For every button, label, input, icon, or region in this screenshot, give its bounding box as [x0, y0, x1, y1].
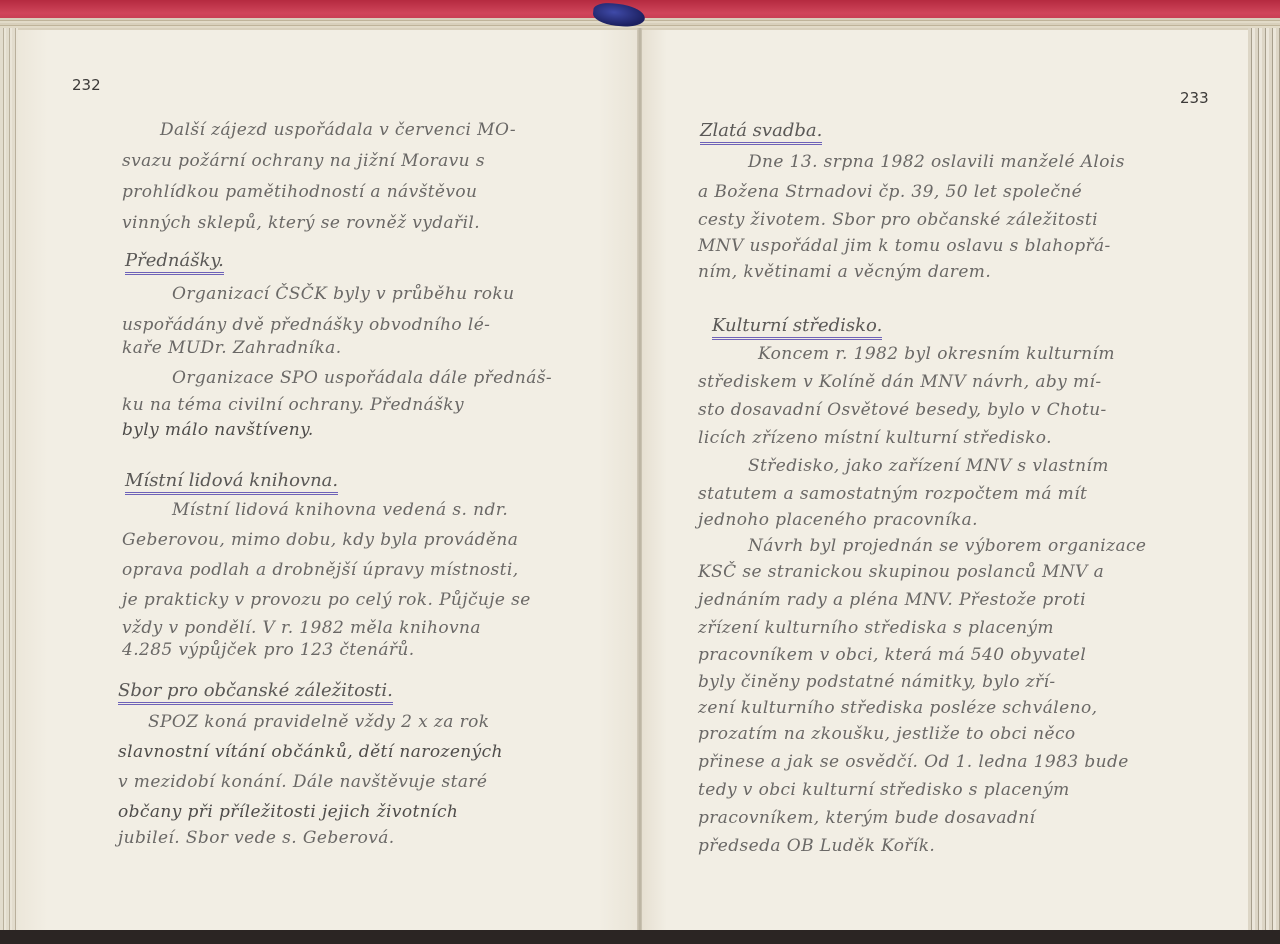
text-line: Organizací ČSČK byly v průběhu roku — [172, 284, 514, 304]
text-line: v mezidobí konání. Dále navštěvuje staré — [118, 772, 487, 792]
section-heading-prednasky: Přednášky. — [125, 250, 224, 275]
text-line: Organizace SPO uspořádala dále přednáš- — [172, 368, 552, 388]
text-line: prozatím na zkoušku, jestliže to obci ně… — [698, 724, 1076, 744]
text-line: byly činěny podstatné námitky, bylo zří- — [698, 672, 1056, 692]
text-line: SPOZ koná pravidelně vždy 2 x za rok — [148, 712, 489, 732]
text-line: ním, květinami a věcným darem. — [698, 262, 991, 282]
page-edges-left — [0, 28, 18, 930]
text-line: pracovníkem, kterým bude dosavadní — [698, 808, 1035, 828]
text-line: jednoho placeného pracovníka. — [698, 510, 978, 530]
text-line: sto dosavadní Osvětové besedy, bylo v Ch… — [698, 400, 1107, 420]
text-line: jubileí. Sbor vede s. Geberová. — [118, 828, 395, 848]
text-line: Dne 13. srpna 1982 oslavili manželé Aloi… — [748, 152, 1125, 172]
section-heading-kulturni-stredisko: Kulturní středisko. — [712, 315, 882, 340]
text-line: Návrh byl projednán se výborem organizac… — [748, 536, 1146, 556]
text-line: cesty životem. Sbor pro občanské záležit… — [698, 210, 1098, 230]
text-line: vinných sklepů, který se rovněž vydařil. — [122, 213, 480, 233]
text-line: uspořádány dvě přednášky obvodního lé- — [122, 315, 490, 335]
text-line: slavnostní vítání občánků, dětí narozený… — [118, 742, 503, 762]
section-heading-zlata-svadba: Zlatá svadba. — [700, 120, 822, 145]
text-line: KSČ se stranickou skupinou poslanců MNV … — [698, 562, 1104, 582]
text-line: a Božena Strnadovi čp. 39, 50 let společ… — [698, 182, 1082, 202]
page-number-left: 232 — [72, 76, 101, 94]
text-line: ku na téma civilní ochrany. Přednášky — [122, 395, 464, 415]
text-line: předseda OB Luděk Kořík. — [698, 836, 935, 856]
text-line: Místní lidová knihovna vedená s. ndr. — [172, 500, 508, 520]
text-line: licích zřízeno místní kulturní středisko… — [698, 428, 1052, 448]
text-line: Koncem r. 1982 byl okresním kulturním — [758, 344, 1115, 364]
text-line: přinese a jak se osvědčí. Od 1. ledna 19… — [698, 752, 1129, 772]
text-line: tedy v obci kulturní středisko s placený… — [698, 780, 1070, 800]
section-heading-spoz: Sbor pro občanské záležitosti. — [118, 680, 393, 705]
text-line: byly málo navštíveny. — [122, 420, 314, 440]
text-line: Další zájezd uspořádala v červenci MO- — [160, 120, 516, 140]
section-heading-knihovna: Místní lidová knihovna. — [125, 470, 338, 495]
table-surface — [0, 930, 1280, 944]
text-line: prohlídkou pamětihodností a návštěvou — [122, 182, 477, 202]
text-line: vždy v pondělí. V r. 1982 měla knihovna — [122, 618, 481, 638]
text-line: 4.285 výpůjček pro 123 čtenářů. — [122, 640, 415, 660]
text-line: zení kulturního střediska posléze schvál… — [698, 698, 1097, 718]
text-line: zřízení kulturního střediska s placeným — [698, 618, 1054, 638]
text-line: svazu požární ochrany na jižní Moravu s — [122, 151, 485, 171]
text-line: občany při příležitosti jejich životních — [118, 802, 458, 822]
text-line: Geberovou, mimo dobu, kdy byla prováděna — [122, 530, 518, 550]
text-line: statutem a samostatným rozpočtem má mít — [698, 484, 1087, 504]
text-line: střediskem v Kolíně dán MNV návrh, aby m… — [698, 372, 1101, 392]
page-edges-right — [1248, 28, 1280, 930]
text-line: Středisko, jako zařízení MNV s vlastním — [748, 456, 1109, 476]
text-line: oprava podlah a drobnější úpravy místnos… — [122, 560, 519, 580]
text-line: je prakticky v provozu po celý rok. Půjč… — [122, 590, 531, 610]
text-line: MNV uspořádal jim k tomu oslavu s blahop… — [698, 236, 1111, 256]
page-number-right: 233 — [1180, 89, 1209, 107]
text-line: pracovníkem v obci, která má 540 obyvate… — [698, 645, 1086, 665]
text-line: kaře MUDr. Zahradníka. — [122, 338, 342, 358]
text-line: jednáním rady a pléna MNV. Přestože prot… — [698, 590, 1086, 610]
